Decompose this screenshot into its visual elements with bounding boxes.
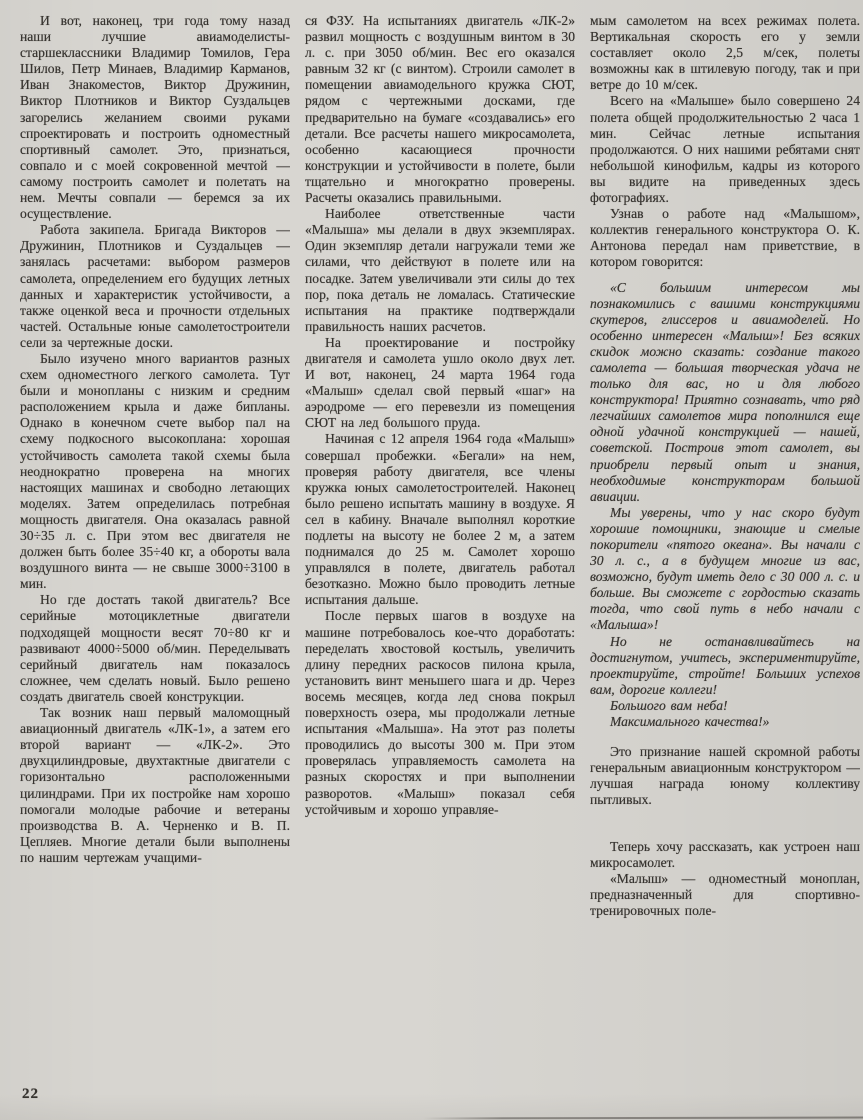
paragraph: Это признание нашей скромной работы гене…: [590, 744, 860, 808]
quote-paragraph: Мы уверены, что у нас скоро будут хороши…: [590, 505, 860, 634]
quote-paragraph: Но не останавливайтесь на достигнутом, у…: [590, 634, 860, 698]
paragraph: После первых шагов в воздухе на машине п…: [305, 608, 575, 817]
quote-paragraph: Большого вам неба!: [590, 698, 860, 714]
paragraph: Работа закипела. Бригада Викторов — Друж…: [20, 222, 290, 351]
paragraph: Но где достать такой двигатель? Все сери…: [20, 592, 290, 705]
paragraph: ся ФЗУ. На испытаниях двигатель «ЛК-2» р…: [305, 13, 575, 206]
paragraph: Всего на «Малыше» было совершено 24 поле…: [590, 93, 860, 206]
quote-paragraph: Максимального качества!»: [590, 714, 860, 730]
paragraph: И вот, наконец, три года тому назад наши…: [20, 13, 290, 222]
paragraph: Теперь хочу рассказать, как устроен наш …: [590, 839, 860, 871]
paragraph: Наиболее ответственные части «Малыша» мы…: [305, 206, 575, 335]
paragraph: «Малыш» — одноместный моноплан, предназн…: [590, 871, 860, 919]
paragraph: Было изучено много вариантов разных схем…: [20, 351, 290, 592]
paragraph: Так возник наш первый маломощный авиацио…: [20, 705, 290, 866]
text-column-3: мым самолетом на всех режимах полета. Ве…: [590, 13, 860, 1085]
paragraph: На проектирование и постройку двигателя …: [305, 335, 575, 432]
paragraph: Узнав о работе над «Малышом», коллектив …: [590, 206, 860, 270]
paragraph: мым самолетом на всех режимах полета. Ве…: [590, 13, 860, 93]
paragraph: Начиная с 12 апреля 1964 года «Малыш» со…: [305, 431, 575, 608]
text-column-1: И вот, наконец, три года тому назад наши…: [20, 13, 290, 1085]
quote-paragraph: «С большим интересом мы познакомились с …: [590, 280, 860, 505]
article-body: И вот, наконец, три года тому назад наши…: [0, 0, 863, 1085]
magazine-page: И вот, наконец, три года тому назад наши…: [0, 0, 863, 1120]
text-column-2: ся ФЗУ. На испытаниях двигатель «ЛК-2» р…: [305, 13, 575, 1085]
